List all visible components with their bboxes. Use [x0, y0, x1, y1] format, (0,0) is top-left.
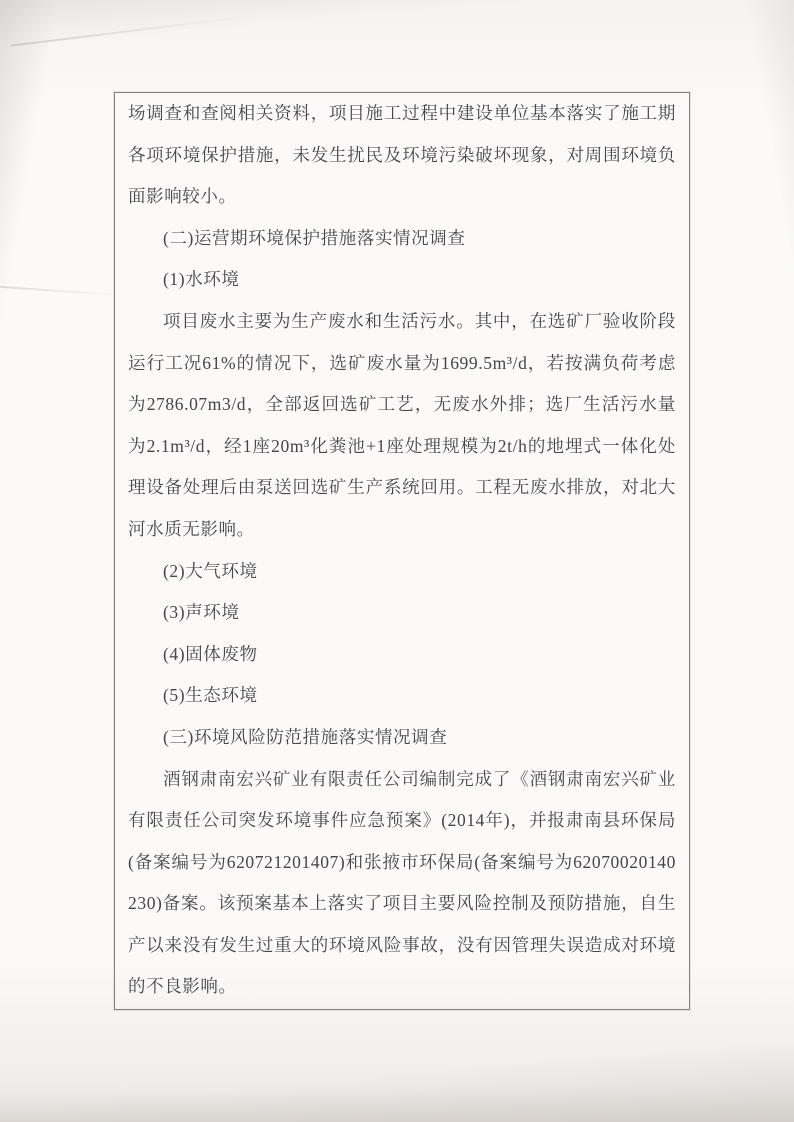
paragraph: (4)固体废物: [128, 634, 676, 676]
paragraph: 项目废水主要为生产废水和生活污水。其中，在选矿厂验收阶段运行工况61%的情况下，…: [128, 301, 676, 551]
paragraph: (1)水环境: [128, 259, 676, 301]
document-text-area: 场调查和查阅相关资料，项目施工过程中建设单位基本落实了施工期各项环境保护措施，未…: [115, 93, 689, 1009]
paragraph: (三)环境风险防范措施落实情况调查: [128, 717, 676, 759]
paragraph: (5)生态环境: [128, 675, 676, 717]
scan-crease-artifact: [11, 15, 249, 46]
scan-crease-artifact: [0, 286, 120, 296]
paragraph: (3)声环境: [128, 592, 676, 634]
paragraph: 酒钢肃南宏兴矿业有限责任公司编制完成了《酒钢肃南宏兴矿业有限责任公司突发环境事件…: [128, 759, 676, 1009]
paragraph: 场调查和查阅相关资料，项目施工过程中建设单位基本落实了施工期各项环境保护措施，未…: [128, 93, 676, 218]
paragraph: (二)运营期环境保护措施落实情况调查: [128, 218, 676, 260]
document-border-frame: 场调查和查阅相关资料，项目施工过程中建设单位基本落实了施工期各项环境保护措施，未…: [114, 92, 690, 1010]
scanned-page: 场调查和查阅相关资料，项目施工过程中建设单位基本落实了施工期各项环境保护措施，未…: [0, 0, 794, 1122]
paragraph: (2)大气环境: [128, 551, 676, 593]
